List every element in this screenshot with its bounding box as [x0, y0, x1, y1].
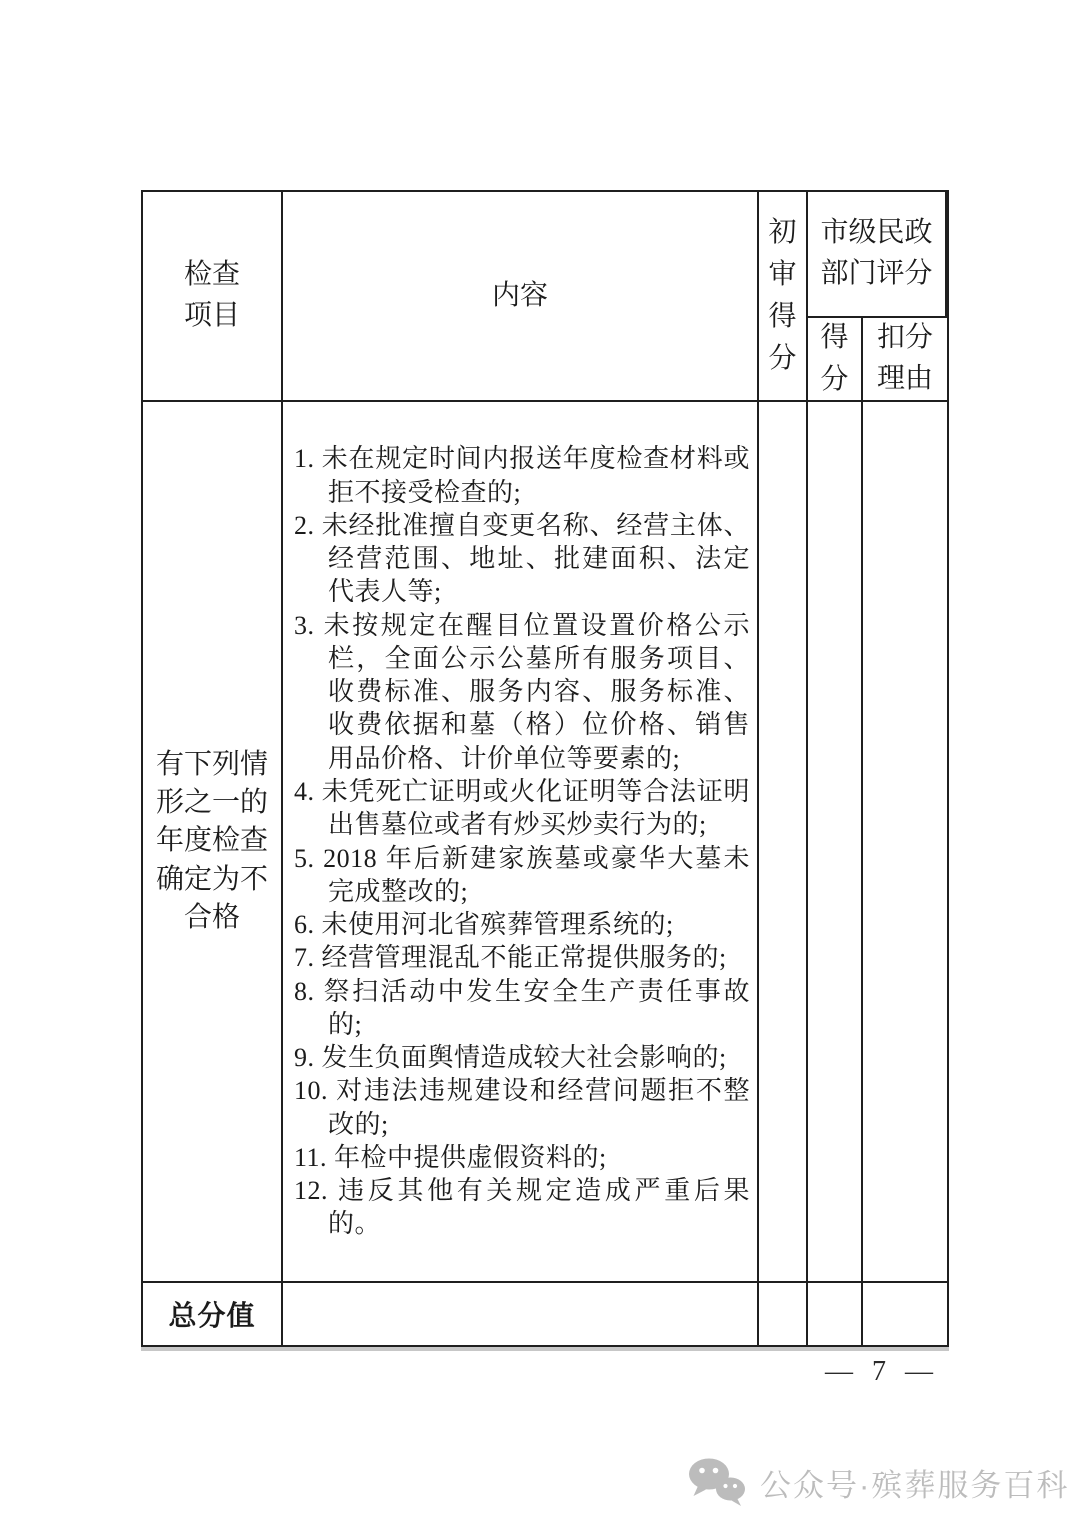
body-cell-inspection-item: 有下列情形之一的年度检查确定为不合格: [143, 402, 283, 1283]
header-label-initial-score: 初审得分: [768, 212, 797, 380]
header-cell-content: 内容: [283, 192, 759, 402]
content-list-item: 2. 未经批准擅自变更名称、经营主体、经营范围、地址、批建面积、法定代表人等;: [294, 509, 750, 609]
header-cell-score: 得分: [808, 318, 863, 402]
content-list-item: 9. 发生负面舆情造成较大社会影响的;: [294, 1041, 750, 1074]
header-cell-city-civil-affairs-score: 市级民政部门评分: [808, 192, 947, 318]
header-cell-deduction-reason: 扣分理由: [863, 318, 947, 402]
header-label-score: 得分: [820, 318, 849, 401]
total-cell-deduction-reason-empty: [863, 1283, 947, 1345]
content-list-item: 4. 未凭死亡证明或火化证明等合法证明出售墓位或者有炒买炒卖行为的;: [294, 775, 750, 842]
content-list-item: 5. 2018 年后新建家族墓或豪华大墓未完成整改的;: [294, 842, 750, 909]
header-label-inspection-item: 检查项目: [183, 255, 242, 336]
content-list-item: 3. 未按规定在醒目位置设置价格公示栏，全面公示公墓所有服务项目、收费标准、服务…: [294, 609, 750, 775]
header-label-deduction-reason: 扣分理由: [876, 318, 935, 399]
header-label-content: 内容: [492, 276, 548, 317]
header-label-city-civil-affairs-score: 市级民政部门评分: [818, 213, 936, 294]
document-page: 检查项目 内容 初审得分 市级民政部门评分 得分 扣分理由 有下列情形之一的年度…: [0, 0, 1080, 1527]
body-cell-score-empty: [808, 402, 863, 1283]
content-list-item: 6. 未使用河北省殡葬管理系统的;: [294, 908, 750, 941]
page-number: — 7 —: [812, 1356, 952, 1388]
inspection-item-text: 有下列情形之一的年度检查确定为不合格: [156, 746, 268, 936]
content-list-item: 1. 未在规定时间内报送年度检查材料或拒不接受检查的;: [294, 442, 750, 509]
total-cell-initial-score-empty: [759, 1283, 808, 1345]
header-cell-inspection-item: 检查项目: [143, 192, 283, 402]
total-cell-label: 总分值: [143, 1283, 283, 1345]
content-list-item: 7. 经营管理混乱不能正常提供服务的;: [294, 941, 750, 974]
inspection-score-table: 检查项目 内容 初审得分 市级民政部门评分 得分 扣分理由 有下列情形之一的年度…: [141, 190, 949, 1347]
content-list-item: 11. 年检中提供虚假资料的;: [294, 1141, 750, 1174]
total-cell-content-empty: [283, 1283, 759, 1345]
content-list-item: 8. 祭扫活动中发生安全生产责任事故的;: [294, 975, 750, 1042]
total-cell-score-empty: [808, 1283, 863, 1345]
content-list: 1. 未在规定时间内报送年度检查材料或拒不接受检查的; 2. 未经批准擅自变更名…: [288, 442, 752, 1240]
watermark-text: 公众号·殡葬服务百科: [760, 1460, 1069, 1505]
content-list-item: 12. 违反其他有关规定造成严重后果的。: [294, 1174, 750, 1241]
body-cell-initial-score-empty: [759, 402, 808, 1283]
content-list-item: 10. 对违法违规建设和经营问题拒不整改的;: [294, 1074, 750, 1141]
watermark: 公众号·殡葬服务百科: [688, 1458, 1069, 1506]
total-score-label: 总分值: [168, 1294, 255, 1334]
body-cell-deduction-reason-empty: [863, 402, 947, 1283]
header-cell-initial-score: 初审得分: [759, 192, 808, 402]
body-cell-content: 1. 未在规定时间内报送年度检查材料或拒不接受检查的; 2. 未经批准擅自变更名…: [283, 402, 759, 1283]
wechat-icon: [688, 1458, 746, 1506]
